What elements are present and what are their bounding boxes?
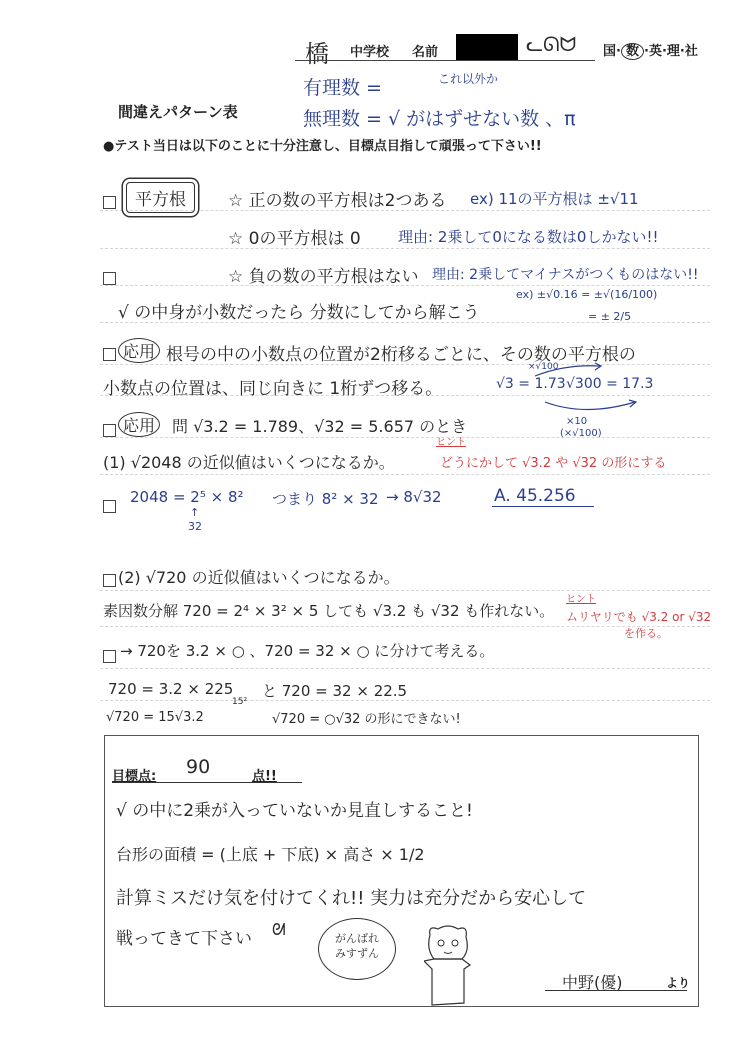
sr-line3-reason: 理由: 2乗してマイナスがつくものはない!! <box>432 264 698 284</box>
question-2: (2) √720 の近似値はいくつになるか。 <box>118 565 400 588</box>
checkbox-split[interactable] <box>103 650 116 663</box>
hint-label-2: ヒント <box>566 590 596 605</box>
hint-1: どうにかして √3.2 や √32 の形にする <box>440 452 666 471</box>
hint-label-1: ヒント <box>436 433 466 448</box>
page-title: 間違えパターン表 <box>118 101 238 122</box>
subject-math-selected: 数 <box>621 43 644 60</box>
name-label: 名前 <box>412 41 438 60</box>
goal-line4: 戦ってきて下さい <box>116 924 252 949</box>
checkbox-square-root[interactable] <box>103 196 116 209</box>
irrational-note: 無理数 = √ がはずせない数 、π <box>303 104 576 131</box>
rational-note-detail: これ以外か <box>438 70 498 87</box>
bunny-doodle-icon: ᘛ <box>272 920 286 940</box>
applied1-arrows-icon <box>525 362 665 414</box>
answer-1: A. 45.256 <box>492 486 594 507</box>
sr-line2: ☆ 0の平方根は 0 <box>228 224 361 249</box>
school-prefix-handwritten: 橋 <box>305 34 329 69</box>
signature-suffix: より <box>666 974 690 991</box>
goal-underline <box>112 782 302 783</box>
subject-list: 国·数·英·理·社 <box>603 40 698 59</box>
sr-line4-example: ex) ±√0.16 = ±√(16/100) <box>516 288 657 301</box>
sr-line3: ☆ 負の数の平方根はない <box>228 262 419 287</box>
speech-bubble: がんばれ みすずん <box>318 918 396 980</box>
header-underline <box>295 60 595 61</box>
bubble-line-2: みすずん <box>319 946 395 961</box>
instruction: ●テスト当日は以下のことに十分注意し、目標点目指して頑張って下さい!! <box>103 135 542 154</box>
applied1-arrow-bottom-b: (×√100) <box>560 428 602 439</box>
subject-english: 英 <box>649 44 662 59</box>
tag-square-root: 平方根 <box>126 182 195 213</box>
subject-kokugo: 国 <box>603 44 616 59</box>
cat-doodle-icon: ᓚᘏᗢ <box>526 32 576 56</box>
redacted-name <box>456 34 518 60</box>
subject-social: 社 <box>685 44 698 59</box>
school-label: 中学校 <box>350 41 389 60</box>
checkbox-negative-root[interactable] <box>103 272 116 285</box>
work1-step: つまり 8² × 32 <box>272 488 379 509</box>
q2-result-b: √720 = ○√32 の形にできない! <box>272 708 461 727</box>
work1-factor: 2048 = 2⁵ × 8² <box>130 488 244 506</box>
checkbox-applied-1[interactable] <box>103 348 116 361</box>
applied2-question: 問 √3.2 = 1.789、√32 = 5.657 のとき <box>172 414 467 437</box>
hint-2a: ムリヤリでも √3.2 or √32 <box>566 608 711 625</box>
tag-applied-1: 応用 <box>118 338 160 363</box>
work1-arrow-icon: ↑ <box>190 506 199 519</box>
q2-factor: 素因数分解 720 = 2⁴ × 3² × 5 しても √3.2 も √32 も… <box>103 600 554 621</box>
sr-line2-reason: 理由: 2乗して0になる数は0しかない!! <box>398 226 658 247</box>
goal-line2: 台形の面積 = (上底 + 下底) × 高さ × 1/2 <box>116 842 425 865</box>
sr-line1: ☆ 正の数の平方根は2つある <box>228 186 446 211</box>
q2-eq-a: 720 = 3.2 × 225 <box>108 680 233 698</box>
sr-line4: √ の中身が小数だったら 分数にしてから解こう <box>118 298 480 323</box>
work1-result: → 8√32 <box>386 488 442 506</box>
q2-split: → 720を 3.2 × ○ 、720 = 32 × ○ に分けて考える。 <box>120 640 494 661</box>
goal-line3: 計算ミスだけ気を付けてくれ!! 実力は充分だから安心して <box>116 884 586 910</box>
q2-eq-b: と 720 = 32 × 22.5 <box>262 680 407 701</box>
checkbox-question-2[interactable] <box>103 574 116 587</box>
tag-applied-2: 応用 <box>118 412 160 437</box>
goal-score: 90 <box>186 756 210 778</box>
applied1-line2: 小数点の位置は、同じ向きに 1桁ずつ移る。 <box>103 374 442 399</box>
mascot-doodle-icon <box>424 925 472 1007</box>
goal-line1: √ の中に2乗が入っていないか見直しすること! <box>116 796 473 821</box>
work1-note: 32 <box>188 520 202 533</box>
subject-science: 理 <box>667 44 680 59</box>
rational-note: 有理数 = <box>303 73 382 100</box>
sr-line1-example: ex) 11の平方根は ±√11 <box>470 188 639 209</box>
question-1: (1) √2048 の近似値はいくつになるか。 <box>103 450 395 473</box>
checkbox-applied-2[interactable] <box>103 424 116 437</box>
signature-line <box>545 990 687 991</box>
q2-result-a: √720 = 15√3.2 <box>106 710 204 725</box>
applied1-arrow-bottom-a: ×10 <box>566 416 587 427</box>
bubble-line-1: がんばれ <box>319 931 395 946</box>
q2-eq-a-note: 15² <box>232 697 247 707</box>
hint-2b: を作る。 <box>624 625 668 641</box>
checkbox-work-1[interactable] <box>103 500 116 513</box>
sr-line4-example-result: = ± 2/5 <box>588 310 631 323</box>
